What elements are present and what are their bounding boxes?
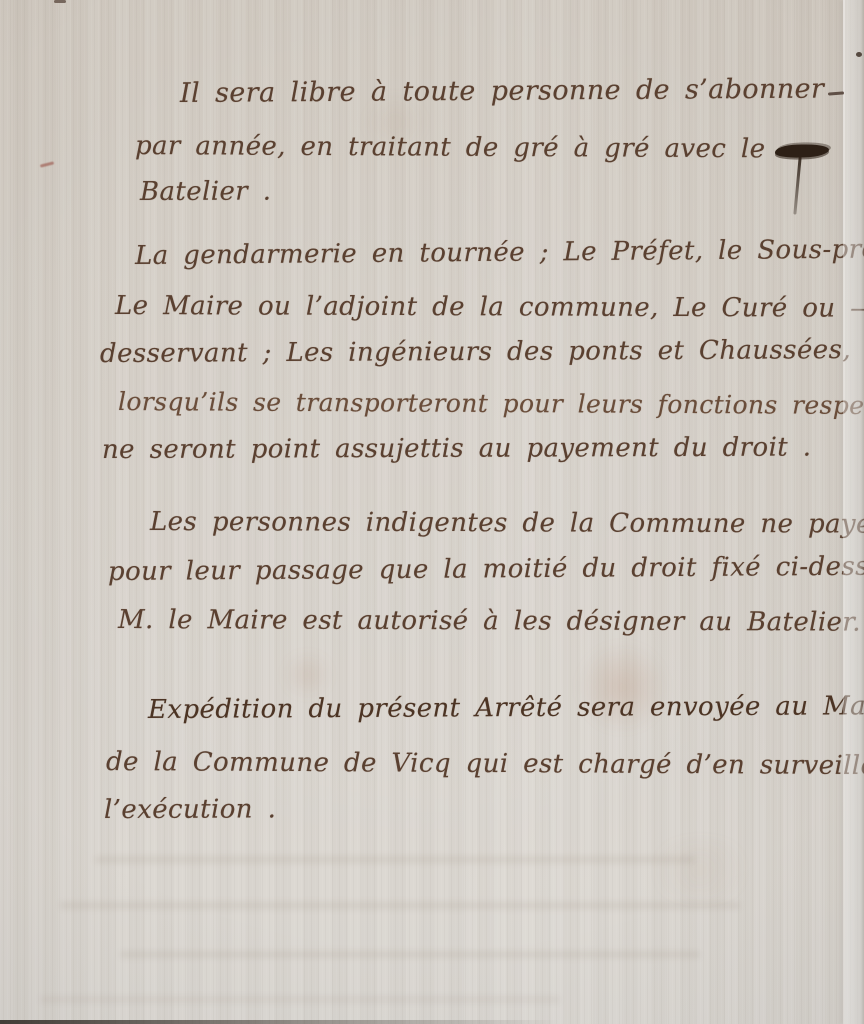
paper-stain [640, 840, 760, 900]
verso-showthrough-line [95, 856, 695, 863]
manuscript-line: de la Commune de Vicq qui est chargé d’e… [106, 742, 864, 786]
manuscript-line: M. le Maire est autorisé à les désigner … [118, 600, 861, 643]
verso-showthrough-line [60, 902, 740, 909]
manuscript-text: La gendarmerie en tournée ; Le Préfet, l… [135, 234, 864, 271]
manuscript-line: Le Maire ou l’adjoint de la commune, Le … [115, 286, 864, 329]
scan-bottom-edge [0, 1020, 560, 1024]
manuscript-text: l’exécution . [104, 794, 276, 825]
manuscript-text: Les personnes indigentes de la Commune n… [150, 507, 864, 540]
manuscript-text: ne seront point assujettis au payement d… [102, 433, 812, 465]
manuscript-text: Expédition du présent Arrêté sera envoyé… [148, 691, 864, 725]
manuscript-text: de la Commune de Vicq qui est chargé d’e… [106, 747, 864, 781]
manuscript-text: Il sera libre à toute personne de s’abon… [180, 74, 825, 109]
manuscript-text: pour leur passage que la moitié du droit… [108, 551, 864, 587]
manuscript-line: Les personnes indigentes de la Commune n… [150, 502, 864, 545]
manuscript-line: Il sera libre à toute personne de s’abon… [180, 70, 825, 114]
manuscript-line: ne seront point assujettis au payement d… [102, 428, 812, 470]
manuscript-line: desservant ; Les ingénieurs des ponts et… [100, 330, 864, 374]
ink-dot [856, 52, 862, 57]
manuscript-line: lorsqu’ils se transporteront pour leurs … [118, 382, 864, 426]
manuscript-line: par année, en traitant de gré à gré avec… [135, 126, 830, 170]
manuscript-line: l’exécution . [104, 789, 276, 830]
manuscript-text: lorsqu’ils se transporteront pour leurs … [118, 387, 864, 420]
verso-showthrough-line [120, 951, 700, 958]
manuscript-line: Expédition du présent Arrêté sera envoyé… [148, 686, 864, 730]
manuscript-text: desservant ; Les ingénieurs des ponts et… [100, 335, 864, 369]
manuscript-text: par année, en traitant de gré à gré avec… [135, 131, 766, 164]
manuscript-line: La gendarmerie en tournée ; Le Préfet, l… [135, 229, 864, 276]
manuscript-line: pour leur passage que la moitié du droit… [108, 546, 864, 592]
page-edge-strip [845, 0, 864, 1024]
manuscript-text: Batelier . [140, 177, 272, 207]
manuscript-text: M. le Maire est autorisé à les désigner … [118, 605, 861, 638]
manuscript-text: Le Maire ou l’adjoint de la commune, Le … [115, 291, 864, 324]
ink-blot-crossed-out-word [775, 144, 829, 159]
scan-top-speck [54, 0, 66, 3]
manuscript-line: Batelier . [140, 172, 272, 212]
verso-showthrough-line [40, 996, 560, 1003]
manuscript-photo: Il sera libre à toute personne de s’abon… [0, 0, 864, 1024]
